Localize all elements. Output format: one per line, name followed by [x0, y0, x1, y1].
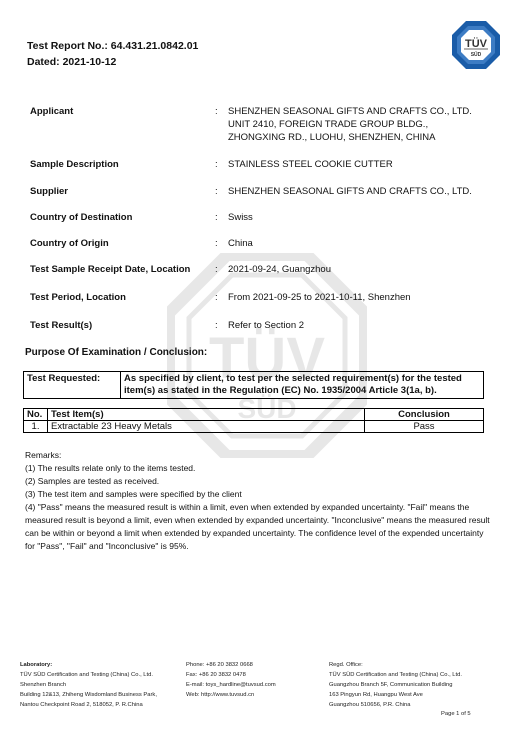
info-value: SHENZHEN SEASONAL GIFTS AND CRAFTS CO., … — [228, 185, 472, 198]
remark-item: (3) The test item and samples were speci… — [25, 488, 495, 501]
info-value-line: SHENZHEN SEASONAL GIFTS AND CRAFTS CO., … — [228, 105, 472, 118]
test-requested-value: As specified by client, to test per the … — [121, 372, 484, 399]
section-title: Purpose Of Examination / Conclusion: — [25, 347, 207, 358]
laboratory-line: Shenzhen Branch — [20, 680, 157, 690]
contact-line: Web: http://www.tuvsud.cn — [186, 690, 276, 700]
contact-line: E-mail: toys_hardline@tuvsud.com — [186, 680, 276, 690]
office-title: Regd. Office: — [329, 660, 462, 670]
remark-item: (1) The results relate only to the items… — [25, 462, 495, 475]
row-test-item: Extractable 23 Heavy Metals — [48, 421, 365, 433]
table-row: 1.Extractable 23 Heavy MetalsPass — [24, 421, 484, 433]
info-value-line: 2021-09-24, Guangzhou — [228, 263, 331, 276]
remarks-section: Remarks: (1) The results relate only to … — [25, 449, 495, 553]
info-colon: : — [215, 238, 218, 249]
row-conclusion: Pass — [365, 421, 484, 433]
office-line: Guangzhou Branch 5F, Communication Build… — [329, 680, 462, 690]
report-date: Dated: 2021-10-12 — [27, 56, 116, 68]
info-colon: : — [215, 106, 218, 117]
info-value: SHENZHEN SEASONAL GIFTS AND CRAFTS CO., … — [228, 105, 472, 144]
header-test-item: Test Item(s) — [48, 409, 365, 421]
remark-item: (2) Samples are tested as received. — [25, 475, 495, 488]
info-label: Test Result(s) — [30, 320, 92, 331]
info-value: Swiss — [228, 211, 253, 224]
page-number: Page 1 of 5 — [441, 711, 471, 717]
info-colon: : — [215, 320, 218, 331]
footer-contact: Phone: +86 20 3832 0668Fax: +86 20 3832 … — [186, 660, 276, 700]
office-line: 163 Pingyun Rd, Huangpu West Ave — [329, 690, 462, 700]
info-label: Test Period, Location — [30, 292, 126, 303]
info-value: Refer to Section 2 — [228, 319, 304, 332]
test-items-table: No. Test Item(s) Conclusion 1.Extractabl… — [23, 408, 484, 433]
footer-office: Regd. Office: TÜV SÜD Certification and … — [329, 660, 462, 710]
info-value: From 2021-09-25 to 2021-10-11, Shenzhen — [228, 291, 411, 304]
info-label: Test Sample Receipt Date, Location — [30, 264, 190, 275]
remarks-title: Remarks: — [25, 449, 495, 462]
info-label: Applicant — [30, 106, 73, 117]
remark-item: (4) "Pass" means the measured result is … — [25, 501, 495, 553]
report-number: Test Report No.: 64.431.21.0842.01 — [27, 40, 198, 52]
contact-line: Phone: +86 20 3832 0668 — [186, 660, 276, 670]
info-colon: : — [215, 159, 218, 170]
info-colon: : — [215, 186, 218, 197]
info-label: Country of Origin — [30, 238, 109, 249]
laboratory-line: Nantou Checkpoint Road 2, 518052, P. R.C… — [20, 700, 157, 710]
info-value-line: SHENZHEN SEASONAL GIFTS AND CRAFTS CO., … — [228, 185, 472, 198]
info-value: STAINLESS STEEL COOKIE CUTTER — [228, 158, 393, 171]
office-line: TÜV SÜD Certification and Testing (China… — [329, 670, 462, 680]
laboratory-line: TÜV SÜD Certification and Testing (China… — [20, 670, 157, 680]
info-value-line: ZHONGXING RD., LUOHU, SHENZHEN, CHINA — [228, 131, 472, 144]
info-value: China — [228, 237, 253, 250]
info-value-line: China — [228, 237, 253, 250]
laboratory-line: Building 12&13, Zhiheng Wisdomland Busin… — [20, 690, 157, 700]
info-value-line: UNIT 2410, FOREIGN TRADE GROUP BLDG., — [228, 118, 472, 131]
info-value-line: STAINLESS STEEL COOKIE CUTTER — [228, 158, 393, 171]
info-value: 2021-09-24, Guangzhou — [228, 263, 331, 276]
info-label: Supplier — [30, 186, 68, 197]
info-value-line: Swiss — [228, 211, 253, 224]
svg-text:TÜV: TÜV — [465, 37, 488, 50]
footer-laboratory: Laboratory: TÜV SÜD Certification and Te… — [20, 660, 157, 710]
info-colon: : — [215, 292, 218, 303]
info-colon: : — [215, 264, 218, 275]
header-no: No. — [24, 409, 48, 421]
test-requested-table: Test Requested: As specified by client, … — [23, 371, 484, 399]
info-value-line: Refer to Section 2 — [228, 319, 304, 332]
header-conclusion: Conclusion — [365, 409, 484, 421]
tuv-sud-logo: TÜV SÜD — [451, 20, 501, 70]
contact-line: Fax: +86 20 3832 0478 — [186, 670, 276, 680]
laboratory-title: Laboratory: — [20, 660, 157, 670]
office-line: Guangzhou 510656, P.R. China — [329, 700, 462, 710]
info-value-line: From 2021-09-25 to 2021-10-11, Shenzhen — [228, 291, 411, 304]
test-requested-label: Test Requested: — [24, 372, 121, 399]
info-label: Country of Destination — [30, 212, 132, 223]
info-colon: : — [215, 212, 218, 223]
row-number: 1. — [24, 421, 48, 433]
info-label: Sample Description — [30, 159, 119, 170]
svg-text:SÜD: SÜD — [471, 51, 482, 58]
